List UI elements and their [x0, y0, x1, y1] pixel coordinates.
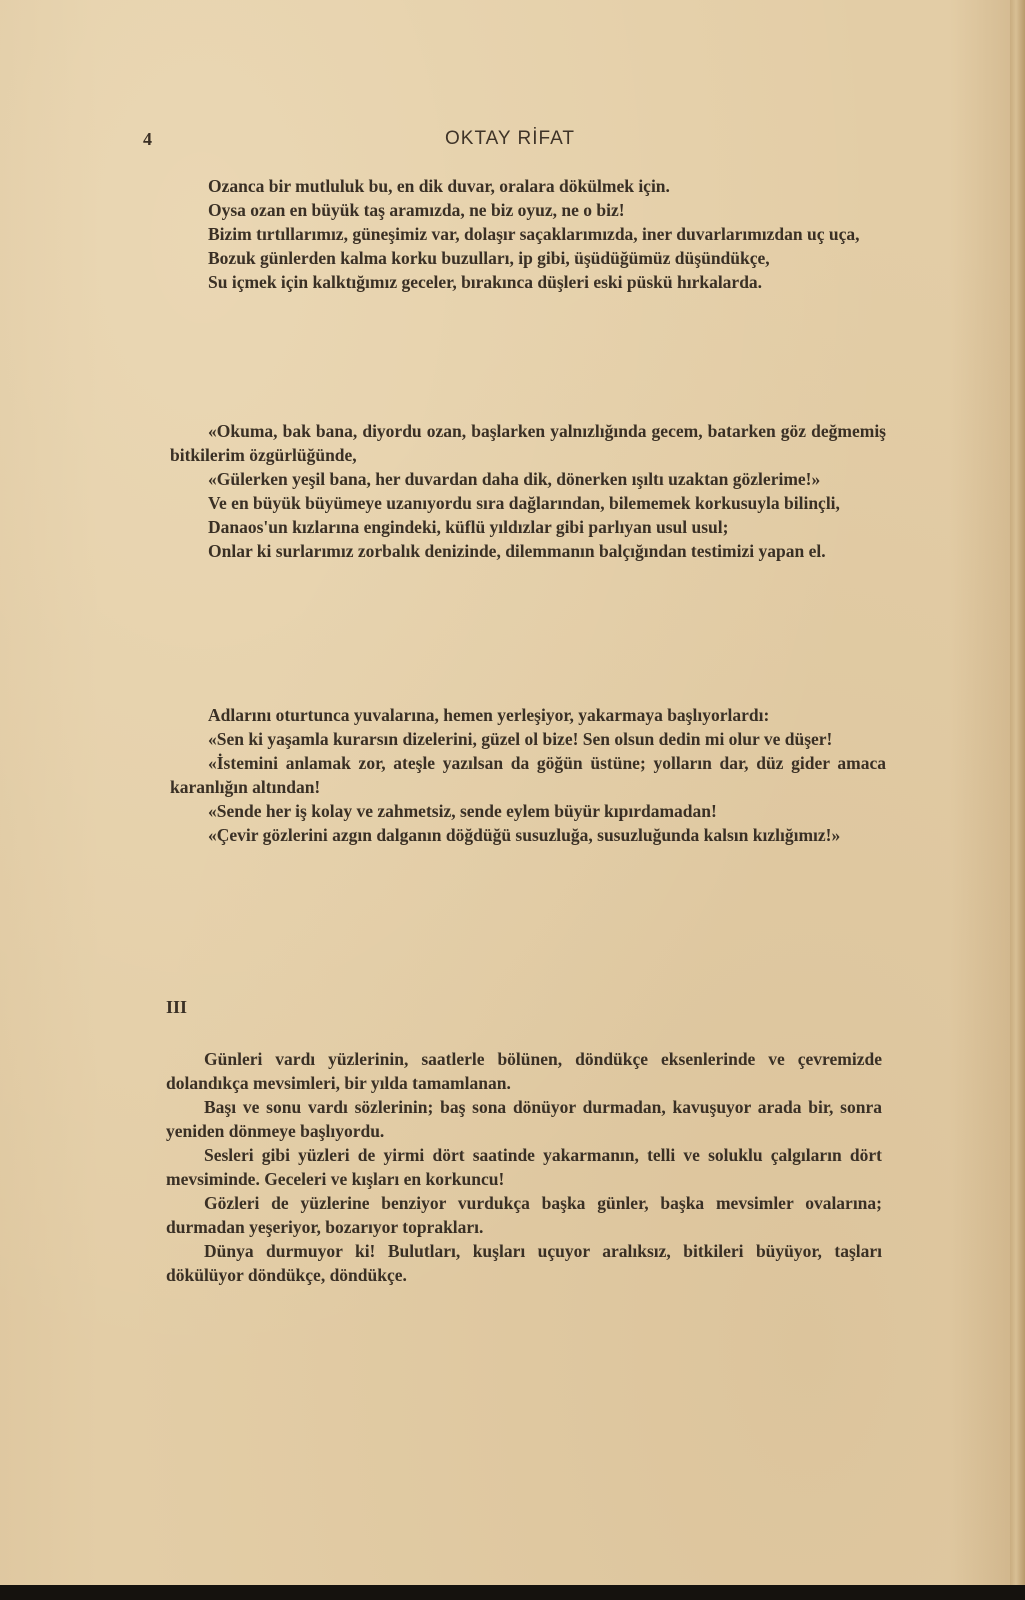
verse-line: «Gülerken yeşil bana, her duvardan daha … — [170, 467, 886, 491]
verse-line: «Okuma, bak bana, diyordu ozan, başlarke… — [170, 419, 886, 467]
stanza-1: Ozanca bir mutluluk bu, en dik duvar, or… — [170, 174, 886, 294]
verse-line: Ozanca bir mutluluk bu, en dik duvar, or… — [170, 174, 886, 198]
verse-line: Bizim tırtıllarımız, güneşimiz var, dola… — [170, 222, 886, 246]
verse-line: Oysa ozan en büyük taş aramızda, ne biz … — [170, 198, 886, 222]
stanza-3: Adlarını oturtunca yuvalarına, hemen yer… — [170, 703, 886, 847]
scan-border — [0, 1585, 1025, 1600]
verse-line: Dünya durmuyor ki! Bulutları, kuşları uç… — [166, 1239, 882, 1287]
verse-line: Başı ve sonu vardı sözlerinin; baş sona … — [166, 1095, 882, 1143]
book-page: 4 OKTAY RİFAT Ozanca bir mutluluk bu, en… — [0, 0, 1010, 1585]
verse-line: «Sende her iş kolay ve zahmetsiz, sende … — [170, 799, 886, 823]
section-heading-iii: III — [166, 997, 187, 1018]
verse-line: «Sen ki yaşamla kurarsın dizelerini, güz… — [170, 727, 886, 751]
verse-line: Bozuk günlerden kalma korku buzulları, i… — [170, 246, 886, 270]
verse-line: «İstemini anlamak zor, ateşle yazılsan d… — [170, 751, 886, 799]
running-head-author: OKTAY RİFAT — [0, 128, 1020, 150]
verse-line: Onlar ki surlarımız zorbalık denizinde, … — [170, 539, 886, 563]
verse-line: Sesleri gibi yüzleri de yirmi dört saati… — [166, 1143, 882, 1191]
verse-line: Günleri vardı yüzlerinin, saatlerle bölü… — [166, 1047, 882, 1095]
verse-line: Adlarını oturtunca yuvalarına, hemen yer… — [170, 703, 886, 727]
section-iii-body: Günleri vardı yüzlerinin, saatlerle bölü… — [166, 1047, 882, 1287]
verse-line: Danaos'un kızlarına engindeki, küflü yıl… — [170, 515, 886, 539]
verse-line: Su içmek için kalktığımız geceler, bırak… — [170, 270, 886, 294]
verse-line: «Çevir gözlerini azgın dalganın döğdüğü … — [170, 823, 886, 847]
page-edge — [1010, 0, 1025, 1585]
verse-line: Gözleri de yüzlerine benziyor vurdukça b… — [166, 1191, 882, 1239]
verse-line: Ve en büyük büyümeye uzanıyordu sıra dağ… — [170, 491, 886, 515]
stanza-2: «Okuma, bak bana, diyordu ozan, başlarke… — [170, 419, 886, 563]
